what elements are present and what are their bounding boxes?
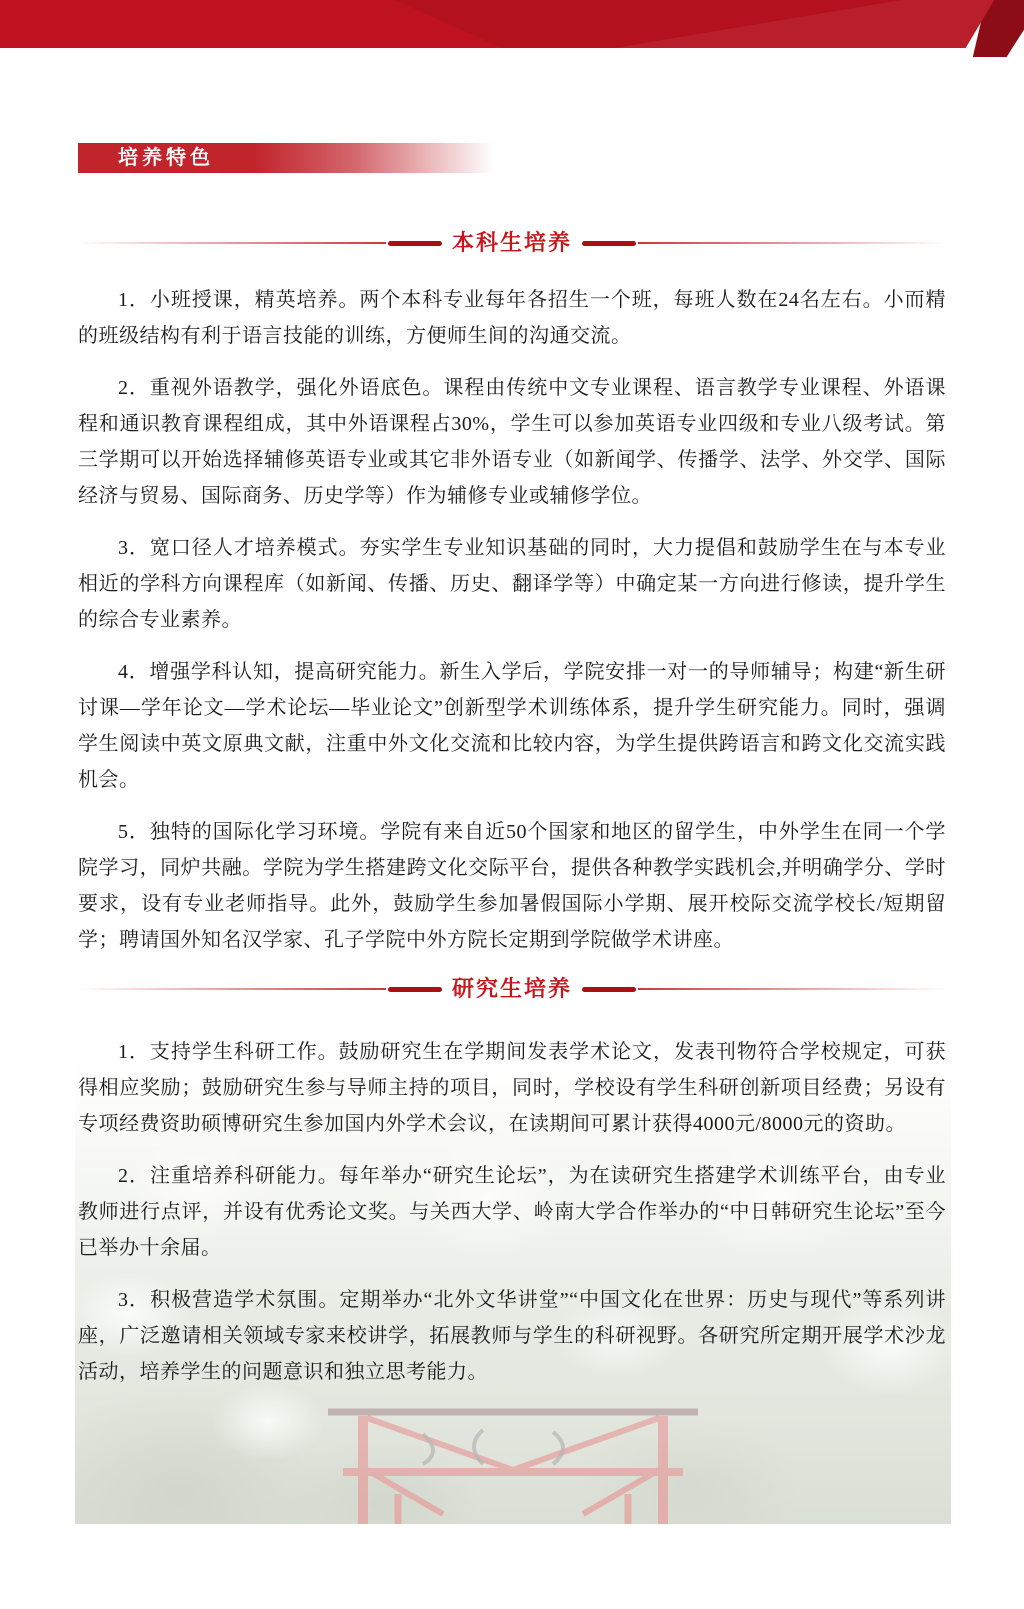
graduate-heading-text: 研究生培养 xyxy=(452,978,572,1000)
undergraduate-heading-text: 本科生培养 xyxy=(452,232,572,254)
heading-divider-stub xyxy=(582,987,636,992)
body-paragraph: 2．注重培养科研能力。每年举办“研究生论坛”，为在读研究生搭建学术训练平台，由专… xyxy=(78,1158,946,1266)
top-banner xyxy=(0,0,1024,58)
body-paragraph: 3．积极营造学术氛围。定期举办“北外文华讲堂”“中国文化在世界：历史与现代”等系… xyxy=(78,1282,946,1390)
heading-undergraduate: 本科生培养 xyxy=(78,228,946,258)
heading-divider-stub xyxy=(388,987,442,992)
heading-divider-line xyxy=(638,242,946,244)
undergraduate-paragraphs: 1．小班授课，精英培养。两个本科专业每年各招生一个班，每班人数在24名左右。小而… xyxy=(78,282,946,958)
red-pavilion-illustration xyxy=(303,1404,723,1524)
heading-divider-line xyxy=(638,988,946,990)
body-paragraph: 5．独特的国际化学习环境。学院有来自近50个国家和地区的留学生，中外学生在同一个… xyxy=(78,814,946,958)
heading-divider-line xyxy=(78,242,386,244)
section-label-bar: 培养特色 xyxy=(78,143,498,173)
body-paragraph: 1．小班授课，精英培养。两个本科专业每年各招生一个班，每班人数在24名左右。小而… xyxy=(78,282,946,354)
body-paragraph: 2．重视外语教学，强化外语底色。课程由传统中文专业课程、语言教学专业课程、外语课… xyxy=(78,370,946,514)
heading-graduate: 研究生培养 xyxy=(78,974,946,1004)
section-label-text: 培养特色 xyxy=(78,148,214,168)
heading-divider-stub xyxy=(582,241,636,246)
page-content: 本科生培养 1．小班授课，精英培养。两个本科专业每年各招生一个班，每班人数在24… xyxy=(78,228,946,1406)
body-paragraph: 1．支持学生科研工作。鼓励研究生在学期间发表学术论文，发表刊物符合学校规定，可获… xyxy=(78,1034,946,1142)
body-paragraph: 3．宽口径人才培养模式。夯实学生专业知识基础的同时，大力提倡和鼓励学生在与本专业… xyxy=(78,530,946,638)
banner-main-bar xyxy=(0,0,1024,48)
graduate-paragraphs: 1．支持学生科研工作。鼓励研究生在学期间发表学术论文，发表刊物符合学校规定，可获… xyxy=(78,1034,946,1390)
heading-divider-stub xyxy=(388,241,442,246)
heading-divider-line xyxy=(78,988,386,990)
body-paragraph: 4．增强学科认知，提高研究能力。新生入学后，学院安排一对一的导师辅导；构建“新生… xyxy=(78,654,946,798)
